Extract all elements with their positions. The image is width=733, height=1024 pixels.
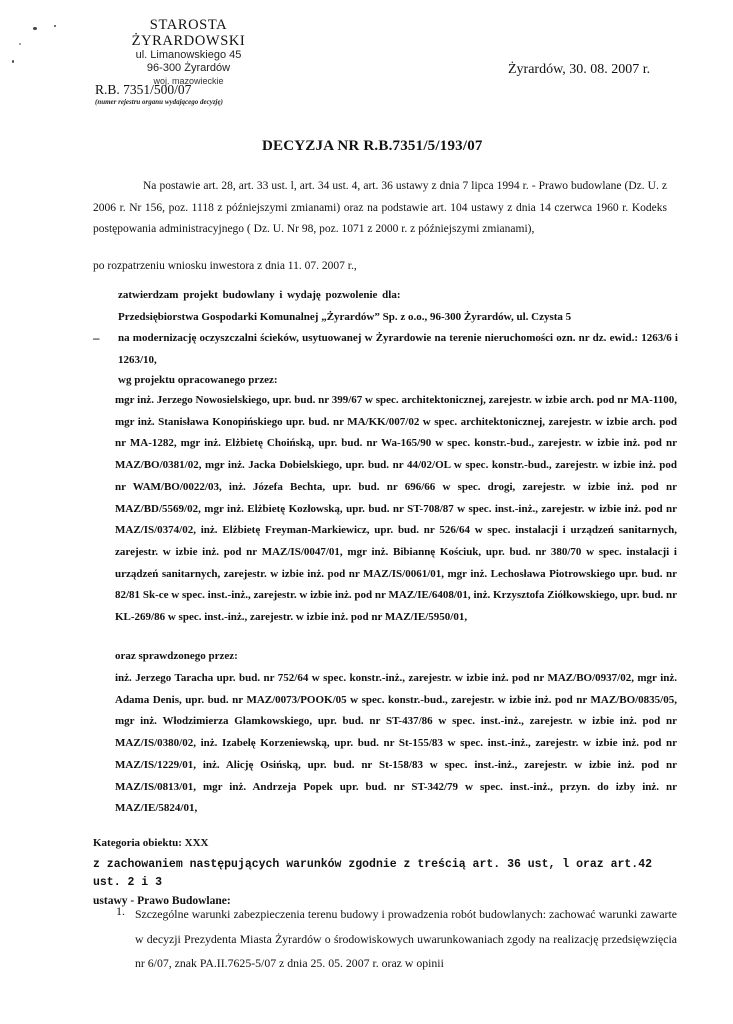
checked-by-label: oraz sprawdzonego przez: xyxy=(115,646,677,668)
conditions-heading-text: z zachowaniem następujących warunków zgo… xyxy=(93,856,678,892)
investor-name: Przedsiębiorstwa Gospodarki Komunalnej „… xyxy=(118,307,678,329)
issuer-name: STAROSTA ŻYRARDOWSKI xyxy=(96,17,281,49)
legal-basis-paragraph: Na postawie art. 28, art. 33 ust. l, art… xyxy=(93,176,667,241)
issuer-header: STAROSTA ŻYRARDOWSKI ul. Limanowskiego 4… xyxy=(96,17,281,87)
application-reference: po rozpatrzeniu wniosku inwestora z dnia… xyxy=(93,260,357,272)
condition-item-text: Szczególne warunki zabezpieczenia terenu… xyxy=(135,902,677,976)
designed-by-label: wg projektu opracowanego przez: xyxy=(118,370,678,392)
register-number: R.B. 7351/500/07 xyxy=(95,82,191,98)
object-category: Kategoria obiektu: XXX xyxy=(93,837,209,849)
project-scope: na modernizację oczyszczalni ścieków, us… xyxy=(118,328,678,371)
scan-speck xyxy=(12,60,14,63)
decision-title: DECYZJA NR R.B.7351/5/193/07 xyxy=(262,138,483,155)
approval-text: zatwierdzam projekt budowlany i wydaję p… xyxy=(118,285,678,307)
scan-speck xyxy=(54,25,56,27)
issuer-street: ul. Limanowskiego 45 xyxy=(96,49,281,62)
register-note: (numer rejestru organu wydającego decyzj… xyxy=(95,98,223,106)
scan-speck xyxy=(33,27,37,30)
condition-item-number: 1. xyxy=(116,904,125,919)
place-date: Żyrardów, 30. 08. 2007 r. xyxy=(508,62,650,78)
scan-speck xyxy=(19,43,21,45)
designers-list: mgr inż. Jerzego Nowosielskiego, upr. bu… xyxy=(115,390,677,629)
issuer-postcode-city: 96-300 Żyrardów xyxy=(96,62,281,75)
checkers-list: inż. Jerzego Taracha upr. bud. nr 752/64… xyxy=(115,668,677,820)
approval-statement: zatwierdzam projekt budowlany i wydaję p… xyxy=(118,285,678,328)
list-dash: – xyxy=(93,330,100,346)
